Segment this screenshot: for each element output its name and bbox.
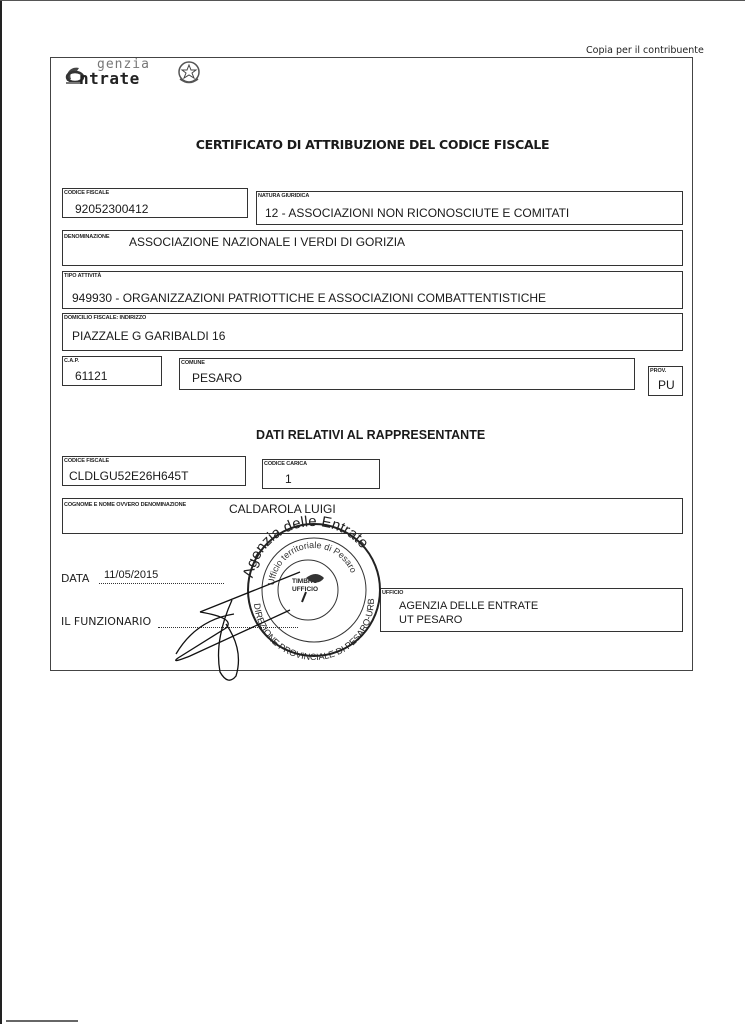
official-stamp-icon: Agenzia delle Entrate Ufficio territoria…	[0, 0, 380, 662]
stamp-and-signature: Agenzia delle Entrate Ufficio territoria…	[0, 0, 745, 1024]
signature-icon	[176, 572, 300, 680]
